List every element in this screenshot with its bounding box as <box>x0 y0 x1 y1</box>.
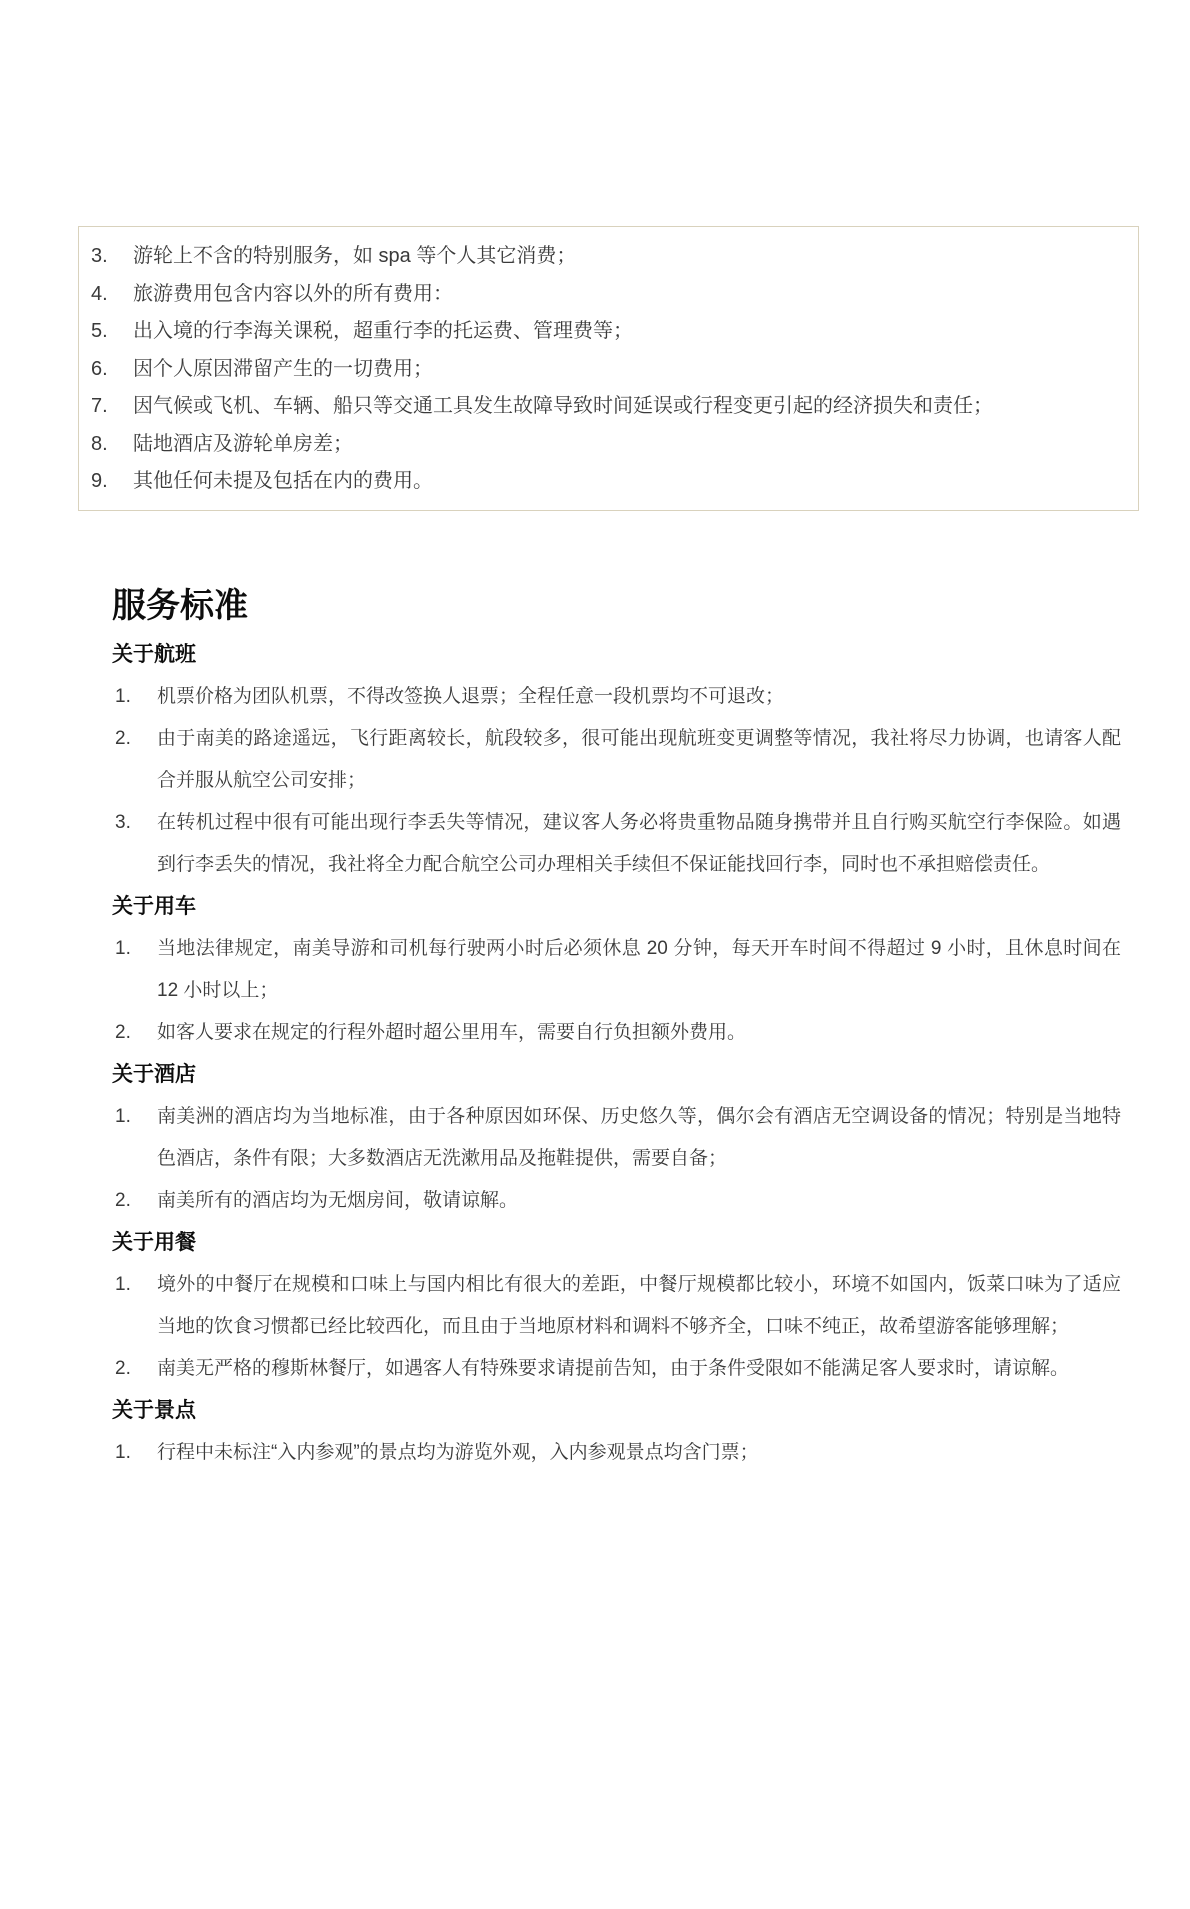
item-number: 2. <box>115 1012 155 1054</box>
service-standard-item: 1. 行程中未标注“入内参观”的景点均为游览外观，入内参观景点均含门票； <box>112 1432 1121 1474</box>
item-text: 其他任何未提及包括在内的费用。 <box>133 470 433 492</box>
excluded-cost-item: 7. 因气候或飞机、车辆、船只等交通工具发生故障导致时间延误或行程变更引起的经济… <box>91 388 1124 426</box>
excluded-costs-box: 3. 游轮上不含的特别服务，如 spa 等个人其它消费； 4. 旅游费用包含内容… <box>78 226 1139 511</box>
subsection-list: 1. 行程中未标注“入内参观”的景点均为游览外观，入内参观景点均含门票； <box>112 1432 1121 1474</box>
item-number: 1. <box>115 928 155 970</box>
subsection-heading: 关于用车 <box>112 886 1121 928</box>
service-standard-item: 3. 在转机过程中很有可能出现行李丢失等情况，建议客人务必将贵重物品随身携带并且… <box>112 802 1121 886</box>
subsection-heading: 关于酒店 <box>112 1054 1121 1096</box>
item-number: 1. <box>115 1096 155 1138</box>
subsection-list: 1. 境外的中餐厅在规模和口味上与国内相比有很大的差距，中餐厅规模都比较小，环境… <box>112 1264 1121 1390</box>
item-text: 因个人原因滞留产生的一切费用； <box>133 358 433 380</box>
item-text: 当地法律规定，南美导游和司机每行驶两小时后必须休息 20 分钟，每天开车时间不得… <box>157 938 1121 1001</box>
service-standard-item: 1. 南美洲的酒店均为当地标准，由于各种原因如环保、历史悠久等，偶尔会有酒店无空… <box>112 1096 1121 1180</box>
item-number: 4. <box>91 276 129 314</box>
item-text: 在转机过程中很有可能出现行李丢失等情况，建议客人务必将贵重物品随身携带并且自行购… <box>157 812 1121 875</box>
item-number: 7. <box>91 388 129 426</box>
item-text: 旅游费用包含内容以外的所有费用： <box>133 283 453 305</box>
service-standard-item: 2. 如客人要求在规定的行程外超时超公里用车，需要自行负担额外费用。 <box>112 1012 1121 1054</box>
service-standard-item: 2. 南美所有的酒店均为无烟房间，敬请谅解。 <box>112 1180 1121 1222</box>
item-number: 2. <box>115 1348 155 1390</box>
item-number: 8. <box>91 426 129 464</box>
excluded-cost-item: 5. 出入境的行李海关课税，超重行李的托运费、管理费等； <box>91 313 1124 351</box>
item-number: 3. <box>91 238 129 276</box>
item-number: 6. <box>91 351 129 389</box>
item-text: 出入境的行李海关课税，超重行李的托运费、管理费等； <box>133 320 633 342</box>
item-text: 南美无严格的穆斯林餐厅，如遇客人有特殊要求请提前告知，由于条件受限如不能满足客人… <box>157 1358 1069 1379</box>
excluded-cost-item: 8. 陆地酒店及游轮单房差； <box>91 426 1124 464</box>
item-text: 由于南美的路途遥远，飞行距离较长，航段较多，很可能出现航班变更调整等情况，我社将… <box>157 728 1121 791</box>
item-text: 如客人要求在规定的行程外超时超公里用车，需要自行负担额外费用。 <box>157 1022 746 1043</box>
item-number: 9. <box>91 463 129 501</box>
service-standard-item: 1. 机票价格为团队机票，不得改签换人退票；全程任意一段机票均不可退改； <box>112 676 1121 718</box>
excluded-cost-item: 6. 因个人原因滞留产生的一切费用； <box>91 351 1124 389</box>
document-page: { "colors": { "background": "#ffffff", "… <box>0 226 1190 1909</box>
excluded-cost-item: 9. 其他任何未提及包括在内的费用。 <box>91 463 1124 501</box>
subsection-heading: 关于航班 <box>112 634 1121 676</box>
excluded-costs-list: 3. 游轮上不含的特别服务，如 spa 等个人其它消费； 4. 旅游费用包含内容… <box>79 227 1138 510</box>
item-number: 2. <box>115 1180 155 1222</box>
subsection-heading: 关于景点 <box>112 1390 1121 1432</box>
service-standards-section: 服务标准 关于航班 1. 机票价格为团队机票，不得改签换人退票；全程任意一段机票… <box>112 585 1121 1534</box>
item-number: 1. <box>115 1432 155 1474</box>
item-number: 2. <box>115 718 155 760</box>
subsection-list: 1. 机票价格为团队机票，不得改签换人退票；全程任意一段机票均不可退改； 2. … <box>112 676 1121 886</box>
service-standard-item: 2. 南美无严格的穆斯林餐厅，如遇客人有特殊要求请提前告知，由于条件受限如不能满… <box>112 1348 1121 1390</box>
item-text: 南美所有的酒店均为无烟房间，敬请谅解。 <box>157 1190 518 1211</box>
item-number: 1. <box>115 676 155 718</box>
service-standard-item: 1. 境外的中餐厅在规模和口味上与国内相比有很大的差距，中餐厅规模都比较小，环境… <box>112 1264 1121 1348</box>
item-text: 境外的中餐厅在规模和口味上与国内相比有很大的差距，中餐厅规模都比较小，环境不如国… <box>157 1274 1121 1337</box>
item-number: 5. <box>91 313 129 351</box>
service-standard-item: 1. 当地法律规定，南美导游和司机每行驶两小时后必须休息 20 分钟，每天开车时… <box>112 928 1121 1012</box>
subsection-heading: 关于用餐 <box>112 1222 1121 1264</box>
item-number: 1. <box>115 1264 155 1306</box>
item-number: 3. <box>115 802 155 844</box>
excluded-cost-item: 3. 游轮上不含的特别服务，如 spa 等个人其它消费； <box>91 238 1124 276</box>
section-title: 服务标准 <box>112 585 1121 628</box>
item-text: 因气候或飞机、车辆、船只等交通工具发生故障导致时间延误或行程变更引起的经济损失和… <box>133 395 993 417</box>
service-standard-item: 2. 由于南美的路途遥远，飞行距离较长，航段较多，很可能出现航班变更调整等情况，… <box>112 718 1121 802</box>
excluded-cost-item: 4. 旅游费用包含内容以外的所有费用： <box>91 276 1124 314</box>
item-text: 机票价格为团队机票，不得改签换人退票；全程任意一段机票均不可退改； <box>157 686 784 707</box>
item-text: 游轮上不含的特别服务，如 spa 等个人其它消费； <box>133 245 576 267</box>
item-text: 陆地酒店及游轮单房差； <box>133 433 353 455</box>
item-text: 南美洲的酒店均为当地标准，由于各种原因如环保、历史悠久等，偶尔会有酒店无空调设备… <box>157 1106 1121 1169</box>
subsection-list: 1. 南美洲的酒店均为当地标准，由于各种原因如环保、历史悠久等，偶尔会有酒店无空… <box>112 1096 1121 1222</box>
item-text: 行程中未标注“入内参观”的景点均为游览外观，入内参观景点均含门票； <box>157 1442 759 1463</box>
subsection-list: 1. 当地法律规定，南美导游和司机每行驶两小时后必须休息 20 分钟，每天开车时… <box>112 928 1121 1054</box>
